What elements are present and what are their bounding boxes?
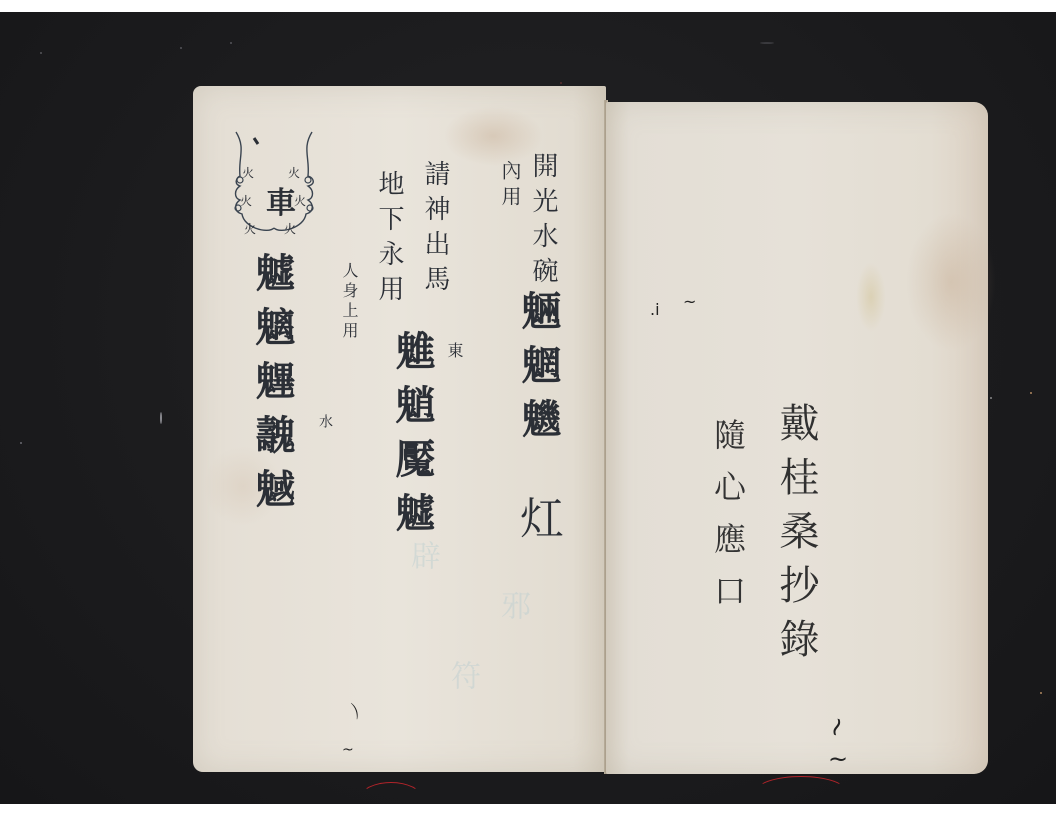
fire-mark: 火 — [284, 220, 296, 237]
talisman-glyph-column-2: 魋魈魘魖 — [392, 330, 432, 546]
fire-mark: 火 — [288, 164, 300, 181]
title-dai-gui-sang-chao-lu: 戴桂桑抄錄 — [776, 402, 816, 672]
talisman-glyph-column-3: 魖魑魓魗魊 — [252, 252, 292, 522]
fire-mark: 火 — [240, 192, 252, 209]
subtitle-sui-xin-ying-kou: 隨心應口 — [712, 418, 744, 626]
trailing-glyph: 灴 — [515, 495, 559, 553]
fire-mark: 火 — [244, 220, 256, 237]
ink-mark: ~ — [828, 745, 848, 773]
heading-kai-guang-shui-wan: 開光水碗 — [530, 152, 556, 292]
binding-thread — [360, 782, 422, 814]
fire-charm-symbol: 車 火 火 火 火 火 火 — [228, 128, 320, 248]
bleed-through-text: 符 — [440, 660, 484, 690]
ink-mark: ~ — [342, 742, 354, 758]
annotation-ren-shen-shang-yong: 人身上用 — [341, 262, 357, 342]
ink-speck: ~ — [683, 292, 696, 311]
side-note-shui: 水 — [318, 414, 332, 428]
binding-thread — [755, 776, 847, 808]
ink-speck: .ⅰ — [650, 300, 660, 319]
side-note-dong: 東 — [446, 342, 462, 358]
talisman-glyph-column-1: 䨂鬼+內 魎魍魕 — [518, 290, 558, 452]
charm-center-glyph: 車 — [266, 178, 296, 222]
heading-qing-shen-chu-ma: 請神出馬 — [422, 160, 448, 300]
annotation-di-xia-yong: 地下永用 — [376, 170, 402, 310]
fire-mark: 火 — [242, 164, 254, 181]
annotation-nei-yong: 內用 — [500, 160, 520, 212]
bleed-through-text: 邪 — [490, 590, 534, 620]
fire-mark: 火 — [294, 192, 306, 209]
